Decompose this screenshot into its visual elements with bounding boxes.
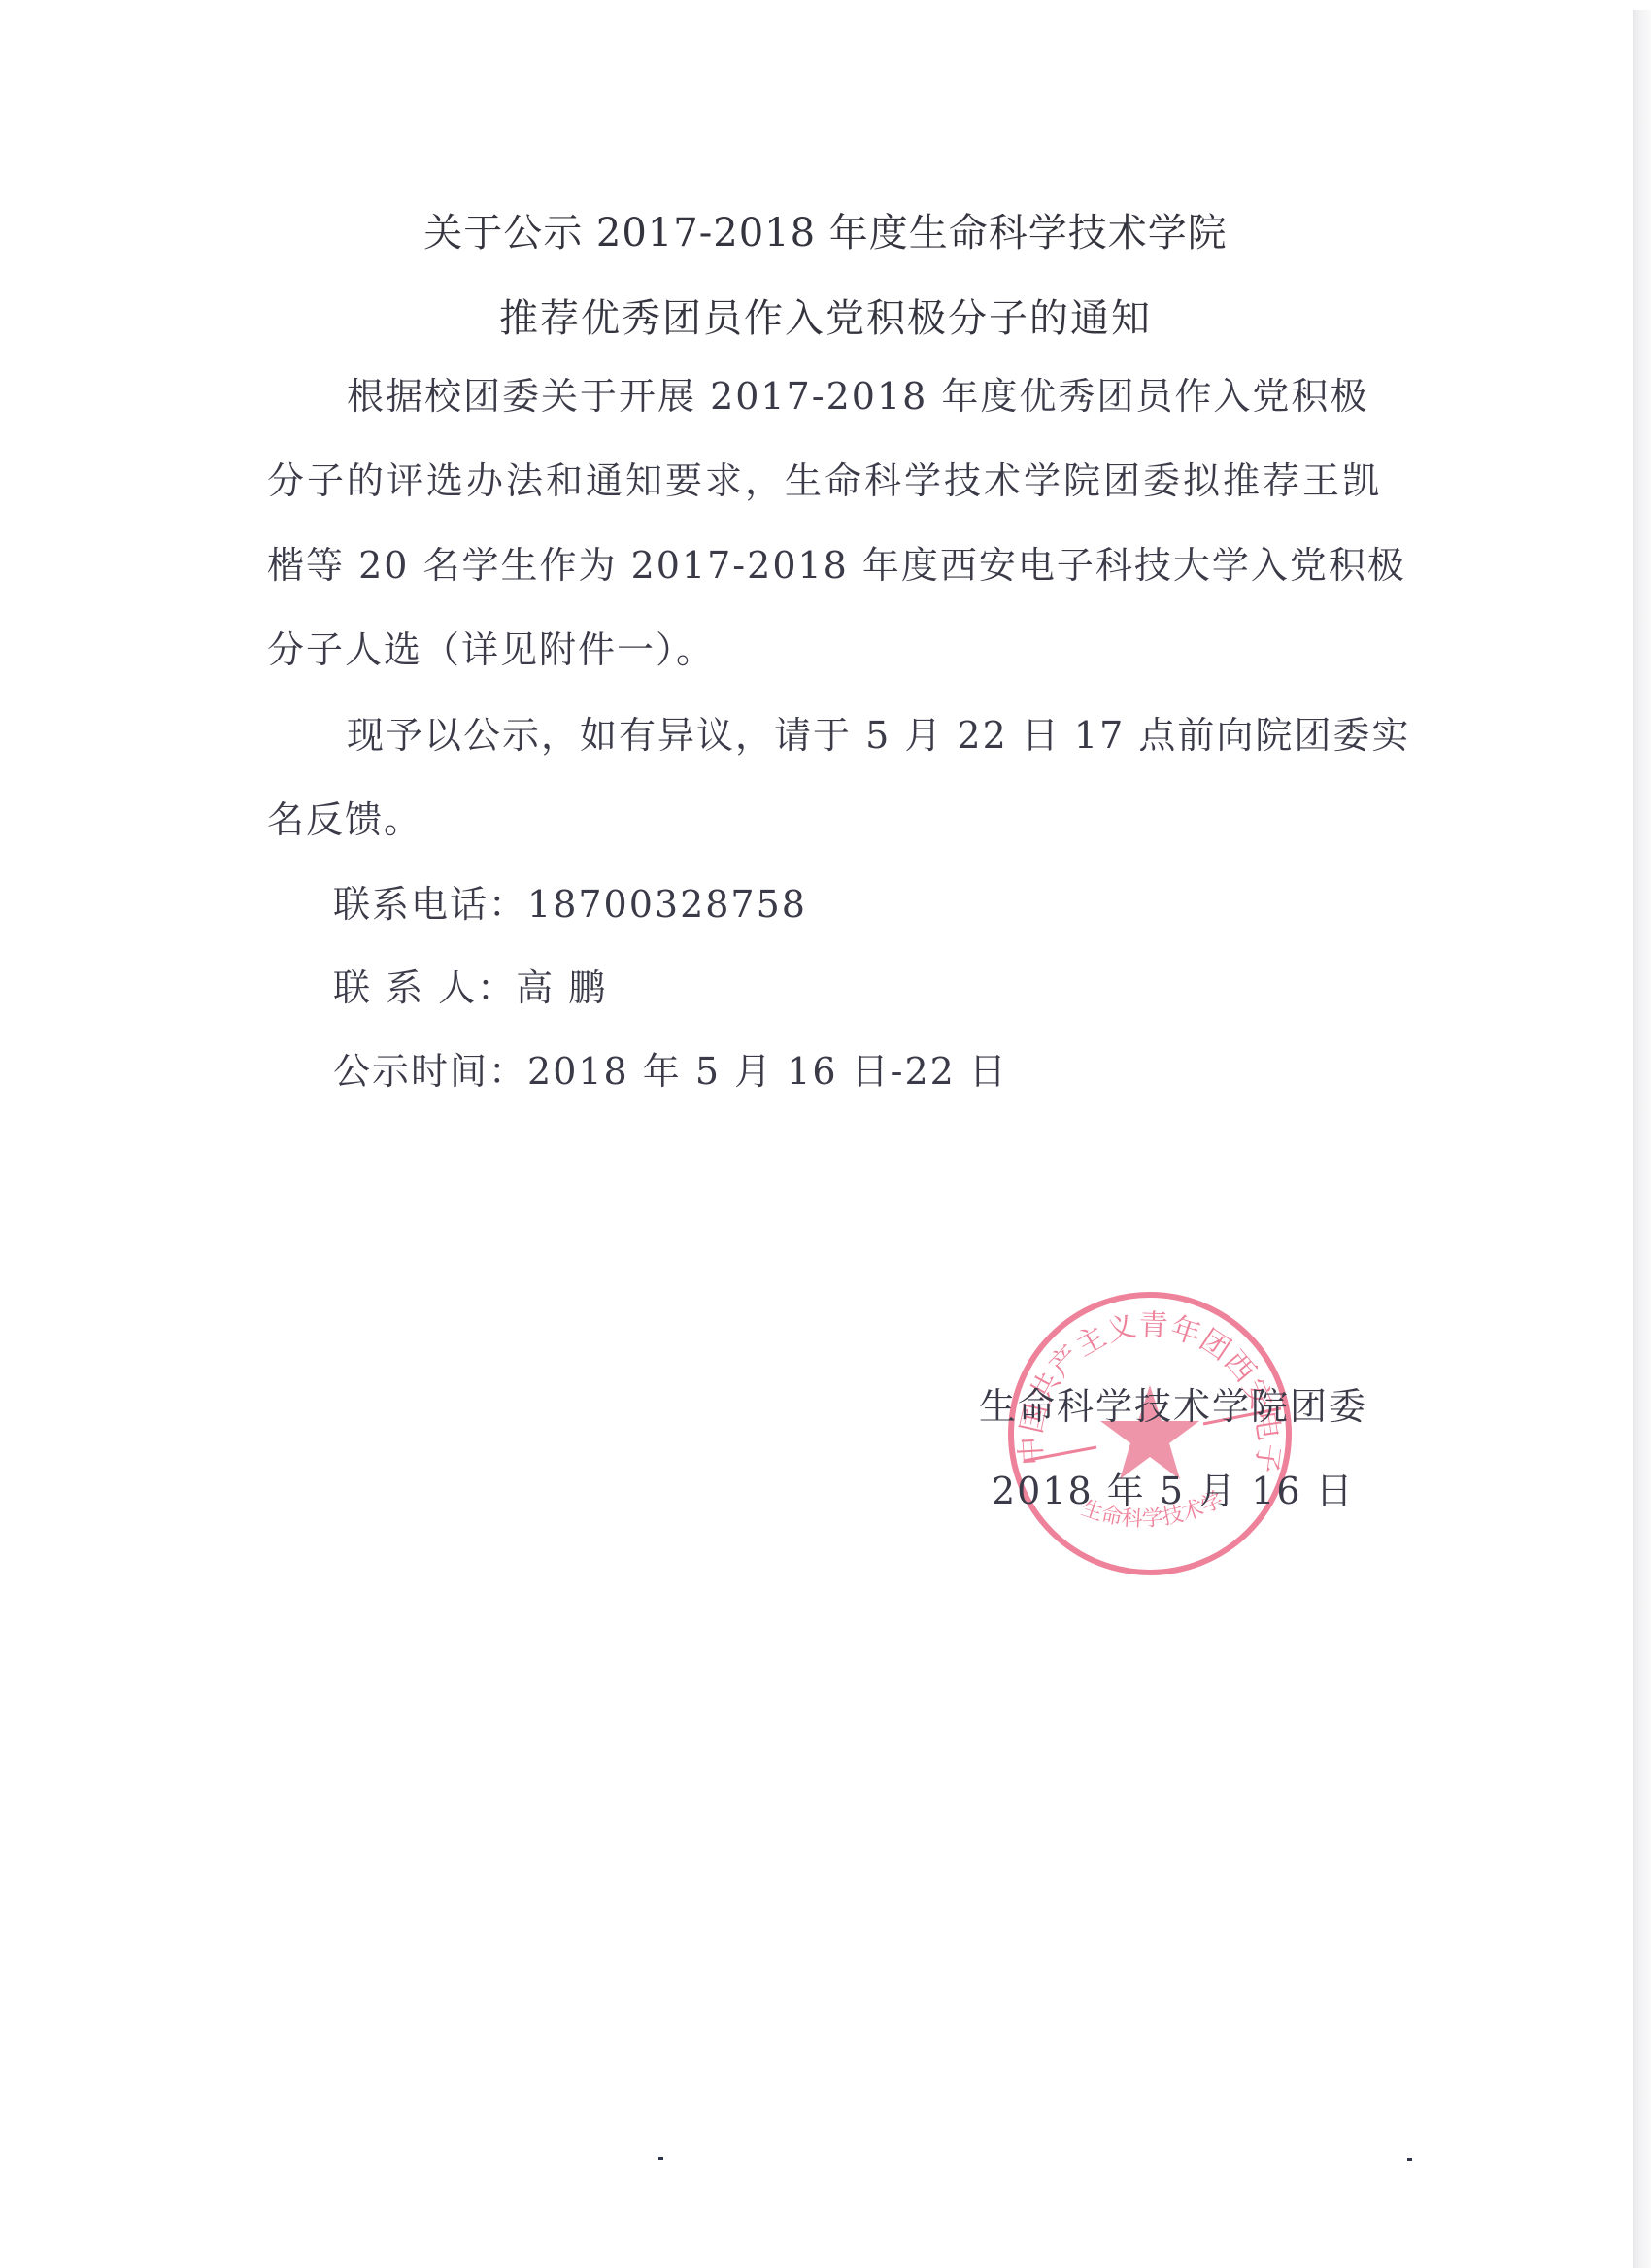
publicity-period-value: 2018 年 5 月 16 日-22 日 [527, 1050, 1008, 1093]
body-line: 根据校团委关于开展 2017-2018 年度优秀团员作入党积极 [347, 373, 1352, 420]
contact-phone-row: 联系电话：18700328758 [333, 881, 807, 928]
title-line-2: 推荐优秀团员作入党积极分子的通知 [0, 288, 1651, 343]
scan-mark [658, 2157, 663, 2160]
signature-organization: 生命科学技术学院团委 [979, 1383, 1367, 1430]
official-seal-stamp: 中国共产主义青年团西安电子科技大学 生命科学技术学院委员会 [1004, 1288, 1296, 1579]
contact-phone-value: 18700328758 [527, 883, 807, 926]
notice-document: 关于公示 2017-2018 年度生命科学技术学院 推荐优秀团员作入党积极分子的… [0, 0, 1651, 2268]
contact-person-value: 高 鹏 [516, 966, 607, 1009]
body-line: 现予以公示，如有异议，请于 5 月 22 日 17 点前向院团委实 [347, 712, 1379, 759]
body-line: 分子人选（详见附件一）。 [267, 626, 715, 673]
publicity-period-label: 公示时间： [333, 1050, 527, 1093]
title-line-1: 关于公示 2017-2018 年度生命科学技术学院 [0, 202, 1651, 257]
body-line: 分子的评选办法和通知要求，生命科学技术学院团委拟推荐王凯 [267, 457, 1381, 504]
publicity-period-row: 公示时间：2018 年 5 月 16 日-22 日 [333, 1048, 1008, 1095]
scan-mark [1407, 2158, 1412, 2161]
body-line: 楷等 20 名学生作为 2017-2018 年度西安电子科技大学入党积极 [267, 542, 1369, 589]
contact-person-row: 联 系 人：高 鹏 [333, 965, 607, 1011]
signature-date: 2018 年 5 月 16 日 [992, 1468, 1355, 1514]
contact-phone-label: 联系电话： [333, 883, 527, 926]
contact-person-label: 联 系 人： [333, 966, 516, 1009]
body-line: 名反馈。 [267, 796, 422, 843]
